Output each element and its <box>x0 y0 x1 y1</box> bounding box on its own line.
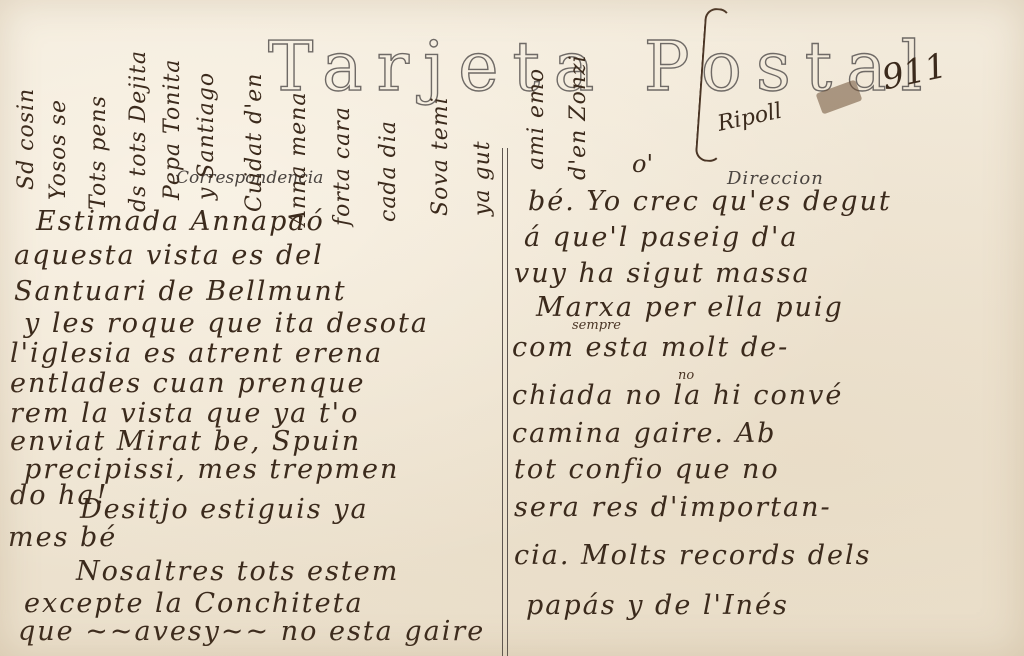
letter-line: tot confio que no <box>514 454 780 485</box>
center-divider <box>502 148 508 656</box>
insertion-note: sempre <box>572 318 621 333</box>
vertical-note: y Santiago <box>194 72 219 200</box>
vertical-note: Sova temi <box>428 96 453 216</box>
letter-line: Desitjo estiguis ya <box>80 494 369 525</box>
letter-line: Nosaltres tots estem <box>76 556 399 587</box>
vertical-note-end: o' <box>632 150 653 178</box>
vertical-note: cada dia <box>376 120 401 222</box>
vertical-note: Cuidat d'en <box>242 73 267 212</box>
vertical-note: Sd cosin <box>14 88 39 190</box>
letter-line: que ~~avesy~~ no esta gaire <box>18 616 485 647</box>
letter-line: sera res d'importan- <box>514 492 832 523</box>
vertical-note: d'en Zonzi <box>566 54 591 180</box>
letter-line: y les roque que ita desota <box>24 308 429 339</box>
letter-line: enviat Mirat be, Spuin <box>10 426 361 457</box>
letter-line: camina gaire. Ab <box>512 418 776 449</box>
letter-line: com esta molt de- <box>512 332 789 363</box>
letter-line: mes bé <box>8 522 117 553</box>
letter-line: aquesta vista es del <box>14 240 324 271</box>
letter-line: excepte la Conchiteta <box>24 588 364 619</box>
letter-line: l'iglesia es atrent erena <box>10 338 383 369</box>
letter-line: Santuari de Bellmunt <box>14 276 347 307</box>
vertical-note: ami emo <box>524 68 549 170</box>
letter-line: Estimada Annapaó <box>36 206 325 237</box>
vertical-note: Tots pens <box>86 95 111 210</box>
vertical-note: ds tots Dejita <box>126 50 151 212</box>
postcard: Tarjeta Postal Correspondencia Direccion… <box>0 0 1024 656</box>
vertical-note: Pepa Tonita <box>160 59 185 200</box>
letter-line: vuy ha sigut massa <box>514 258 811 289</box>
letter-line: papás y de l'Inés <box>526 590 789 621</box>
vertical-note: ya gut <box>470 140 495 216</box>
vertical-note: Yosos se <box>46 99 71 200</box>
letter-line: entlades cuan prenque <box>10 368 365 399</box>
letter-line: chiada no la hi convé <box>512 380 843 411</box>
letter-line: rem la vista que ya t'o <box>10 398 359 429</box>
letter-line: cia. Molts records dels <box>514 540 872 571</box>
vertical-note: forta cara <box>330 106 355 226</box>
letter-line: bé. Yo crec qu'es degut <box>528 186 892 217</box>
letter-line: á que'l paseig d'a <box>524 222 799 253</box>
